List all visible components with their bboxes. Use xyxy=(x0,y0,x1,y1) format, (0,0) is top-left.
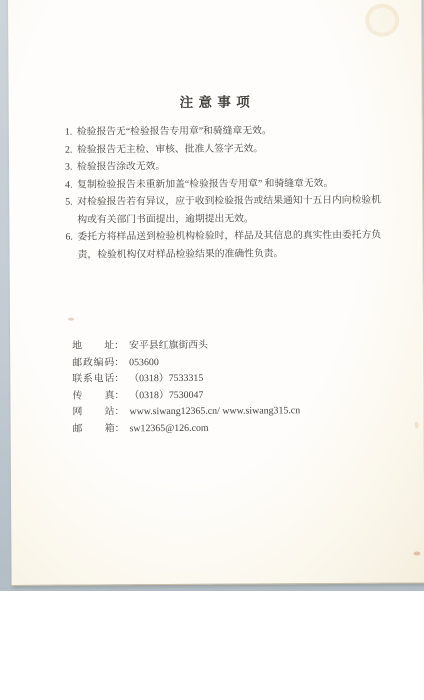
notice-item-number: 2. xyxy=(65,141,77,159)
notice-item-number: 1. xyxy=(65,124,77,142)
contact-value-website: www.siwang12365.cn/ www.siwang315.cn xyxy=(129,404,300,422)
notice-item-3: 3. 检验报告涂改无效。 xyxy=(65,157,383,176)
contact-row-website: 网站 ： www.siwang12365.cn/ www.siwang315.c… xyxy=(72,404,300,422)
contact-separator: ： xyxy=(114,371,124,388)
notice-list: 1. 检验报告无“检验报告专用章”和骑缝章无效。 2. 检验报告无主检、审核、批… xyxy=(65,122,384,264)
notice-item-number: 4. xyxy=(65,176,77,194)
page-title: 注 意 事 项 xyxy=(9,89,422,112)
notice-item-number: 6. xyxy=(65,229,77,264)
contact-value-postcode: 053600 xyxy=(129,355,159,372)
notice-item-text: 对检验报告若有异议，应于收到检验报告或结果通知十五日内向检验机构或有关部门书面提… xyxy=(77,192,383,229)
notice-item-text: 检验报告无“检验报告专用章”和骑缝章无效。 xyxy=(77,122,383,141)
scanner-background: 注 意 事 项 1. 检验报告无“检验报告专用章”和骑缝章无效。 2. 检验报告… xyxy=(0,0,424,591)
contact-row-postcode: 邮政编码 ： 053600 xyxy=(72,354,300,372)
contact-row-fax: 传真 ： （0318）7530047 xyxy=(72,387,300,405)
contact-value-email: sw12365@126.com xyxy=(129,421,208,438)
contact-info-block: 地址 ： 安平县红旗街西头 邮政编码 ： 053600 联系电话 ： （0318… xyxy=(72,337,300,438)
contact-value-fax: （0318）7530047 xyxy=(129,388,203,405)
notice-item-text: 委托方将样品送到检验机构检验时，样品及其信息的真实性由委托方负责，检验机构仅对样… xyxy=(77,227,383,264)
contact-label: 联系电话 xyxy=(72,372,114,389)
notice-item-number: 5. xyxy=(65,194,77,229)
contact-value-phone: （0318）7533315 xyxy=(129,371,203,388)
contact-separator: ： xyxy=(115,421,125,438)
contact-separator: ： xyxy=(114,338,124,355)
contact-row-email: 邮箱 ： sw12365@126.com xyxy=(73,420,301,438)
contact-row-phone: 联系电话 ： （0318）7533315 xyxy=(72,370,300,388)
paper-speck xyxy=(413,551,420,555)
contact-row-address: 地址 ： 安平县红旗街西头 xyxy=(72,337,300,355)
notice-item-text: 检验报告涂改无效。 xyxy=(77,157,383,176)
notice-item-number: 3. xyxy=(65,159,77,177)
notice-item-5: 5. 对检验报告若有异议，应于收到检验报告或结果通知十五日内向检验机构或有关部门… xyxy=(65,192,383,229)
contact-label: 传真 xyxy=(72,388,114,405)
notice-item-text: 复制检验报告未重新加盖“检验报告专用章” 和骑缝章无效。 xyxy=(77,174,383,193)
notice-item-4: 4. 复制检验报告未重新加盖“检验报告专用章” 和骑缝章无效。 xyxy=(65,174,383,193)
faded-seal-stamp-icon xyxy=(365,4,399,37)
notice-item-text: 检验报告无主检、审核、批准人签字无效。 xyxy=(77,139,383,158)
contact-label: 邮箱 xyxy=(73,421,115,438)
paper-speck xyxy=(415,421,419,428)
contact-separator: ： xyxy=(114,355,124,372)
contact-separator: ： xyxy=(114,388,124,405)
contact-value-address: 安平县红旗街西头 xyxy=(129,338,208,355)
notice-item-1: 1. 检验报告无“检验报告专用章”和骑缝章无效。 xyxy=(65,122,383,141)
notice-item-6: 6. 委托方将样品送到检验机构检验时，样品及其信息的真实性由委托方负责，检验机构… xyxy=(65,227,383,264)
contact-label: 网站 xyxy=(72,405,114,422)
paper-speck xyxy=(68,318,74,321)
contact-label: 地址 xyxy=(72,338,114,355)
contact-label: 邮政编码 xyxy=(72,355,114,372)
contact-separator: ： xyxy=(114,405,124,422)
scanned-notice-page: 注 意 事 项 1. 检验报告无“检验报告专用章”和骑缝章无效。 2. 检验报告… xyxy=(8,0,424,586)
notice-item-2: 2. 检验报告无主检、审核、批准人签字无效。 xyxy=(65,139,383,158)
